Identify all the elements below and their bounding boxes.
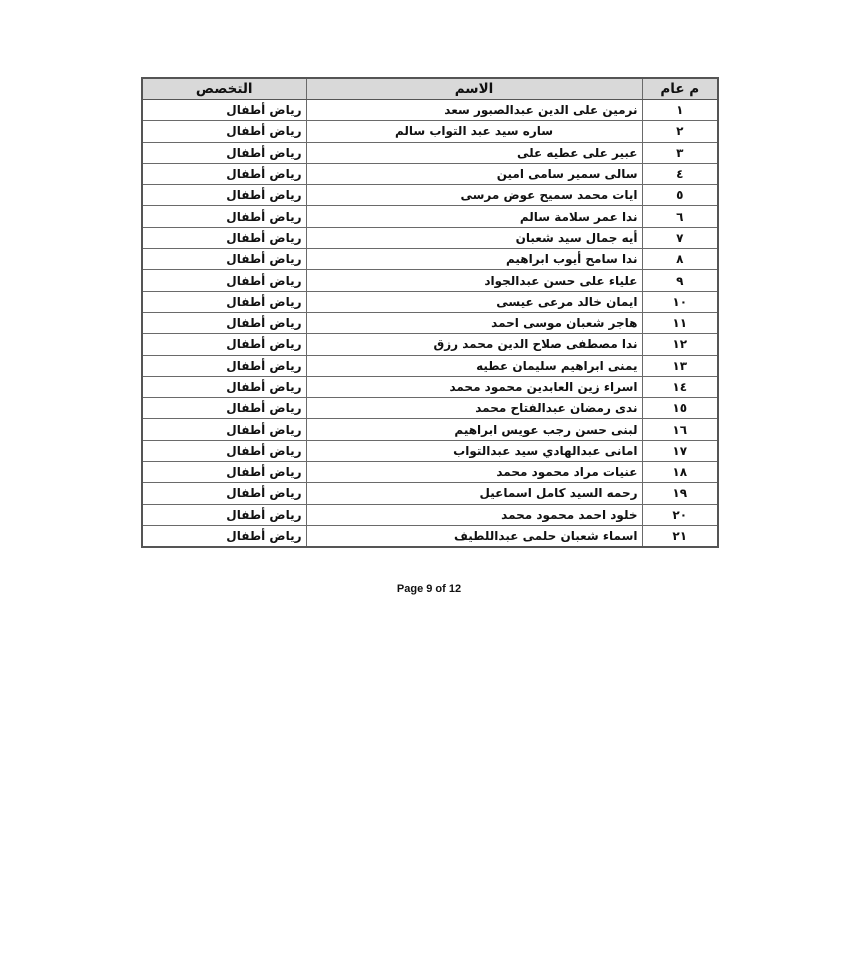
cell-number: ١٥ — [642, 398, 718, 419]
cell-number: ٢١ — [642, 525, 718, 547]
table-row: ٩علياء على حسن عبدالجوادرياض أطفال — [142, 270, 718, 291]
cell-specialty: رياض أطفال — [142, 355, 306, 376]
cell-name: اسماء شعبان حلمى عبداللطيف — [306, 525, 642, 547]
cell-specialty: رياض أطفال — [142, 440, 306, 461]
header-name: الاسم — [306, 78, 642, 100]
table-header-row: م عام الاسم التخصص — [142, 78, 718, 100]
table-row: ١٠ايمان خالد مرعى عيسىرياض أطفال — [142, 291, 718, 312]
table-row: ٣عبير على عطيه علىرياض أطفال — [142, 142, 718, 163]
cell-name: لبنى حسن رجب عويس ابراهيم — [306, 419, 642, 440]
cell-name: أيه جمال سيد شعبان — [306, 227, 642, 248]
cell-number: ١٧ — [642, 440, 718, 461]
cell-specialty: رياض أطفال — [142, 419, 306, 440]
table-row: ١٦لبنى حسن رجب عويس ابراهيمرياض أطفال — [142, 419, 718, 440]
table-row: ٤سالى سمير سامى امينرياض أطفال — [142, 163, 718, 184]
cell-name: هاجر شعبان موسى احمد — [306, 312, 642, 333]
table-row: ٧أيه جمال سيد شعبانرياض أطفال — [142, 227, 718, 248]
table-row: ١٥ندى رمضان عبدالفتاح محمدرياض أطفال — [142, 398, 718, 419]
cell-number: ٤ — [642, 163, 718, 184]
cell-specialty: رياض أطفال — [142, 163, 306, 184]
cell-number: ١٨ — [642, 462, 718, 483]
table-row: ٦ندا عمر سلامة سالمرياض أطفال — [142, 206, 718, 227]
cell-name: امانى عبدالهادي سيد عبدالتواب — [306, 440, 642, 461]
cell-specialty: رياض أطفال — [142, 334, 306, 355]
cell-name: علياء على حسن عبدالجواد — [306, 270, 642, 291]
table-row: ١١هاجر شعبان موسى احمدرياض أطفال — [142, 312, 718, 333]
cell-number: ٣ — [642, 142, 718, 163]
cell-number: ١٤ — [642, 376, 718, 397]
cell-name: ساره سيد عبد التواب سالم — [306, 121, 642, 142]
table-row: ١٨عنيات مراد محمود محمدرياض أطفال — [142, 462, 718, 483]
cell-number: ١٦ — [642, 419, 718, 440]
roster-table: م عام الاسم التخصص ١نرمين على الدين عبدا… — [141, 77, 719, 548]
table-row: ٥ايات محمد سميح عوض مرسىرياض أطفال — [142, 185, 718, 206]
cell-number: ٥ — [642, 185, 718, 206]
cell-specialty: رياض أطفال — [142, 376, 306, 397]
cell-number: ١٩ — [642, 483, 718, 504]
document-page: م عام الاسم التخصص ١نرمين على الدين عبدا… — [0, 0, 858, 960]
table-row: ١نرمين على الدين عبدالصبور سعدرياض أطفال — [142, 100, 718, 121]
cell-specialty: رياض أطفال — [142, 249, 306, 270]
cell-name: عبير على عطيه على — [306, 142, 642, 163]
table-row: ٨ندا سامح أيوب ابراهيمرياض أطفال — [142, 249, 718, 270]
cell-name: ندا مصطفى صلاح الدين محمد رزق — [306, 334, 642, 355]
cell-specialty: رياض أطفال — [142, 462, 306, 483]
table-row: ١٢ندا مصطفى صلاح الدين محمد رزقرياض أطفا… — [142, 334, 718, 355]
cell-name: عنيات مراد محمود محمد — [306, 462, 642, 483]
cell-name: يمنى ابراهيم سليمان عطيه — [306, 355, 642, 376]
cell-name: رحمه السيد كامل اسماعيل — [306, 483, 642, 504]
cell-name: ندا عمر سلامة سالم — [306, 206, 642, 227]
cell-number: ١ — [642, 100, 718, 121]
table-row: ٢٠خلود احمد محمود محمدرياض أطفال — [142, 504, 718, 525]
cell-specialty: رياض أطفال — [142, 312, 306, 333]
cell-specialty: رياض أطفال — [142, 206, 306, 227]
cell-name: اسراء زين العابدين محمود محمد — [306, 376, 642, 397]
header-specialty: التخصص — [142, 78, 306, 100]
table-row: ١٧امانى عبدالهادي سيد عبدالتوابرياض أطفا… — [142, 440, 718, 461]
cell-specialty: رياض أطفال — [142, 483, 306, 504]
cell-name: ندى رمضان عبدالفتاح محمد — [306, 398, 642, 419]
cell-specialty: رياض أطفال — [142, 227, 306, 248]
cell-specialty: رياض أطفال — [142, 398, 306, 419]
cell-specialty: رياض أطفال — [142, 504, 306, 525]
cell-specialty: رياض أطفال — [142, 142, 306, 163]
cell-name: نرمين على الدين عبدالصبور سعد — [306, 100, 642, 121]
cell-name: ايات محمد سميح عوض مرسى — [306, 185, 642, 206]
cell-number: ٨ — [642, 249, 718, 270]
cell-number: ٢ — [642, 121, 718, 142]
cell-specialty: رياض أطفال — [142, 100, 306, 121]
header-number: م عام — [642, 78, 718, 100]
cell-number: ٦ — [642, 206, 718, 227]
cell-specialty: رياض أطفال — [142, 185, 306, 206]
cell-name: سالى سمير سامى امين — [306, 163, 642, 184]
table-row: ٢ساره سيد عبد التواب سالمرياض أطفال — [142, 121, 718, 142]
cell-specialty: رياض أطفال — [142, 121, 306, 142]
cell-number: ١٢ — [642, 334, 718, 355]
cell-number: ٩ — [642, 270, 718, 291]
table-row: ٢١اسماء شعبان حلمى عبداللطيفرياض أطفال — [142, 525, 718, 547]
cell-number: ١٠ — [642, 291, 718, 312]
cell-specialty: رياض أطفال — [142, 270, 306, 291]
table-row: ١٤اسراء زين العابدين محمود محمدرياض أطفا… — [142, 376, 718, 397]
table-row: ١٩رحمه السيد كامل اسماعيلرياض أطفال — [142, 483, 718, 504]
cell-number: ١١ — [642, 312, 718, 333]
cell-name: خلود احمد محمود محمد — [306, 504, 642, 525]
cell-specialty: رياض أطفال — [142, 525, 306, 547]
cell-name: ندا سامح أيوب ابراهيم — [306, 249, 642, 270]
table-row: ١٣يمنى ابراهيم سليمان عطيهرياض أطفال — [142, 355, 718, 376]
cell-number: ١٣ — [642, 355, 718, 376]
page-number-footer: Page 9 of 12 — [0, 583, 858, 595]
cell-specialty: رياض أطفال — [142, 291, 306, 312]
cell-number: ٢٠ — [642, 504, 718, 525]
cell-number: ٧ — [642, 227, 718, 248]
cell-name: ايمان خالد مرعى عيسى — [306, 291, 642, 312]
